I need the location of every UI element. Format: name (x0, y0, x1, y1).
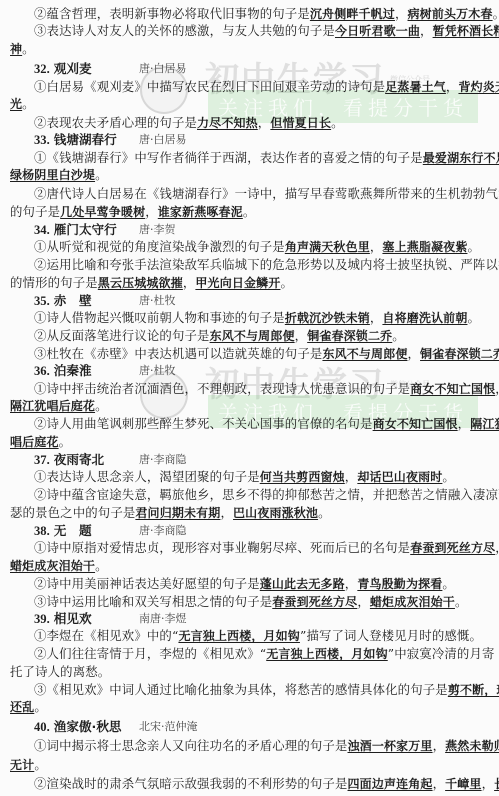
punct: 。 (392, 328, 405, 343)
answer-text: 何当共剪西窗烛 (260, 470, 345, 484)
answer-text: 千嶂里 (445, 777, 481, 791)
answer-text: 铜雀春深锁二乔 (420, 347, 499, 361)
prompt-text: 瑟的景色之中的句子是 (10, 505, 135, 520)
poem-author: 唐·杜牧 (139, 362, 176, 379)
prompt-text: ②表现农夫矛盾心理的句子是 (34, 115, 197, 130)
text-line: ①李煜在《相见欢》中的“无言独上西楼，月如钩”描写了词人登楼见月时的感慨。 (34, 627, 490, 645)
text-line: ②运用比喻和夸张手法渲染敌军兵临城下的危急形势以及城内将士披坚执锐、严阵以待 (34, 256, 490, 273)
poem-title: 雁门太守行 (54, 222, 117, 237)
answer-text: 最爱湖东行不足 (423, 151, 499, 165)
punct: 。 (59, 434, 72, 449)
prompt-text: ①诗中抨击统治者沉湎酒色，不理朝政，表现诗人忧患意识的句子是 (34, 381, 410, 396)
punct: 。 (467, 310, 480, 325)
answer-text: 背灼炎天 (458, 80, 499, 94)
prompt-text: ， (433, 776, 446, 791)
text-line: ①词中揭示将士思念亲人又向往功名的矛盾心理的句子是浊酒一杯家万里，燕然未勒归 (34, 737, 490, 755)
section-heading-34: 34.雁门太守行唐·李贺 (34, 221, 117, 239)
poem-title: 相见欢 (54, 611, 92, 626)
text-line: 蜡炬成灰泪始干。 (10, 557, 490, 575)
text-line: 光。 (10, 95, 490, 113)
prompt-text: ①表达诗人思念亲人，渴望团聚的句子是 (34, 469, 260, 484)
answer-text: 病树前头万木春 (408, 7, 493, 21)
prompt-text: ③表达诗人对友人的关怀的感激，与友人共勉的句子是 (34, 23, 335, 38)
text-line: ③诗中运用比喻和双关写相思之情的句子是春蚕到死丝方尽，蜡炬成灰泪始干。 (34, 593, 490, 611)
text-line: 绿杨阴里白沙堤。 (10, 166, 490, 184)
poem-title: 赤 壁 (54, 293, 92, 308)
answer-text: 君问归期未有期 (135, 506, 220, 520)
punct: ， (220, 505, 233, 520)
answer-text: 商女不知亡国恨 (373, 417, 458, 431)
prompt-text: ②诗人用曲笔讽刺那些醉生梦死、不关心国事的官僚的名句是 (34, 416, 373, 431)
punct: 。 (22, 96, 35, 111)
answer-text: 黑云压城城欲摧 (98, 276, 183, 290)
prompt-text: ”描写了词人登楼见月时的感慨。 (300, 628, 482, 643)
answer-text: 神 (10, 42, 22, 56)
punct: 。 (280, 275, 293, 290)
answer-text: 剪不断，理 (448, 683, 499, 697)
text-line: 还乱。 (10, 698, 490, 716)
prompt-text: ③《相见欢》中词人通过比喻化抽象为具体，将愁苦的感情具体化的句子是 (34, 682, 448, 697)
answer-text: 但惜夏日长 (270, 116, 331, 130)
answer-text: 无言独上西楼，月如钩 (178, 629, 300, 643)
prompt-text: ②人们往往寄情于月，李煜的《相见欢》“ (34, 646, 266, 661)
poem-author: 唐·杜牧 (139, 292, 176, 309)
text-line: ②渲染战时的肃杀气氛暗示敌强我弱的不利形势的句子是四面边声连角起，千嶂里，长 (34, 775, 490, 793)
prompt-text: ③杜牧在《赤壁》中表达机遇可以造就英雄的句子是 (34, 346, 322, 361)
answer-text: 东风不与周郎便 (210, 329, 295, 343)
punct: 。 (467, 239, 480, 254)
answer-text: 无计 (10, 758, 34, 772)
answer-text: 铜雀春深锁二乔 (307, 329, 392, 343)
prompt-text: ②蕴含哲理，表明新事物必将取代旧事物的句子是 (34, 6, 310, 21)
poem-title: 泊秦淮 (54, 363, 92, 378)
section-heading-33: 33.钱塘湖春行唐·白居易 (34, 131, 117, 149)
answer-text: 唱后庭花 (10, 435, 59, 449)
answer-text: 折戟沉沙铁未销 (285, 311, 370, 325)
poem-author: 唐·白居易 (139, 131, 187, 148)
text-line: 瑟的景色之中的句子是君问归期未有期，巴山夜雨涨秋池。 (10, 504, 490, 522)
prompt-text: ”中寂寞冷清的月寄 (388, 646, 495, 661)
prompt-text: ， (482, 776, 495, 791)
section-number: 40. (34, 720, 50, 734)
section-number: 32. (34, 62, 50, 76)
punct: ， (357, 594, 370, 609)
section-heading-37: 37.夜雨寄北唐·李商隐 (34, 451, 104, 469)
punct: 。 (442, 469, 455, 484)
prompt-text: ②诗中用美丽神话表达美好愿望的句子是 (34, 576, 260, 591)
poem-title: 夜雨寄北 (54, 452, 104, 467)
text-line: ②诗中用美丽神话表达美好愿望的句子是蓬山此去无多路，青鸟殷勤为探看。 (34, 575, 490, 593)
prompt-text: ①《钱塘湖春行》中写作者徜徉于西湖，表达作者的喜爱之情的句子是 (34, 150, 423, 165)
section-number: 34. (34, 223, 50, 237)
punct: 。 (442, 576, 455, 591)
punct: 。 (95, 558, 108, 573)
punct: ， (183, 275, 196, 290)
punct: ， (458, 416, 471, 431)
prompt-text: ②从反面落笔进行议论的句子是 (34, 328, 210, 343)
text-line: ①诗人借物起兴慨叹前朝人物和事迹的句子是折戟沉沙铁未销，自将磨洗认前朝。 (34, 309, 490, 327)
prompt-text: ③诗中运用比喻和双关写相思之情的句子是 (34, 594, 272, 609)
section-number: 35. (34, 294, 50, 308)
poem-title: 无 题 (54, 523, 92, 538)
text-line: ②诗人用曲笔讽刺那些醉生梦死、不关心国事的官僚的名句是商女不知亡国恨，隔江犹 (34, 415, 490, 433)
answer-text: 蜡炬成灰泪始干 (10, 559, 95, 573)
text-line: 隔江犹唱后庭花。 (10, 397, 490, 415)
punct: 。 (34, 699, 47, 714)
prompt-text: ①白居易《观刈麦》中描写农民在烈日下田间艰辛劳动的诗句是 (34, 79, 385, 94)
punct: ， (345, 469, 358, 484)
answer-text: 足蒸暑土气 (385, 80, 446, 94)
text-line: 神。 (10, 40, 490, 58)
punct: 。 (493, 6, 499, 21)
section-heading-36: 36.泊秦淮唐·杜牧 (34, 362, 92, 380)
prompt-text: ①诗中原指对爱情忠贞，现形容对事业鞠躬尽瘁、死而后已的名句是 (34, 540, 410, 555)
text-line: ②从反面落笔进行议论的句子是东风不与周郎便，铜雀春深锁二乔。 (34, 327, 490, 345)
punct: ， (408, 346, 421, 361)
answer-text: 沉舟侧畔千帆过 (310, 7, 395, 21)
answer-text: 谁家新燕啄春泥 (158, 205, 243, 219)
text-line: ①诗中原指对爱情忠贞，现形容对事业鞠躬尽瘁、死而后已的名句是春蚕到死丝方尽， (34, 539, 490, 557)
punct: ， (295, 328, 308, 343)
text-line: ①白居易《观刈麦》中描写农民在烈日下田间艰辛劳动的诗句是足蒸暑土气，背灼炎天 (34, 78, 490, 96)
answer-text: 春蚕到死丝方尽 (272, 595, 357, 609)
answer-text: 四面边声连角起 (348, 777, 433, 791)
text-line: ①诗中抨击统治者沉湎酒色，不理朝政，表现诗人忧患意识的句子是商女不知亡国恨， (34, 380, 490, 398)
answer-text: 巴山夜雨涨秋池 (233, 506, 318, 520)
answer-text: 角声满天秋色里 (285, 240, 370, 254)
answer-text: 无言独上西楼，月如钩 (266, 647, 388, 661)
text-line: ②蕴含哲理，表明新事物必将取代旧事物的句子是沉舟侧畔千帆过，病树前头万木春。 (34, 5, 490, 23)
text-line: ③杜牧在《赤壁》中表达机遇可以造就英雄的句子是东风不与周郎便，铜雀春深锁二乔。 (34, 345, 490, 363)
prompt-text: 托了诗人的离愁。 (10, 664, 110, 679)
answer-text: 浊酒一杯家万里 (348, 739, 433, 753)
text-line: ②表现农夫矛盾心理的句子是力尽不知热，但惜夏日长。 (34, 114, 490, 132)
text-line: 托了诗人的离愁。 (10, 663, 490, 680)
poem-title: 观刈麦 (54, 61, 92, 76)
text-line: ①从听觉和视觉的角度渲染战争激烈的句子是角声满天秋色里，塞上燕脂凝夜紫。 (34, 238, 490, 256)
poem-author: 唐·李商隐 (139, 451, 187, 468)
prompt-text: ①从听觉和视觉的角度渲染战争激烈的句子是 (34, 239, 285, 254)
answer-text: 还乱 (10, 700, 34, 714)
prompt-text: ②运用比喻和夸张手法渲染敌军兵临城下的危急形势以及城内将士披坚执锐、严阵以待 (34, 257, 499, 272)
poem-author: 唐·白居易 (139, 60, 187, 77)
text-line: 无计。 (10, 756, 490, 774)
text-line: ②诗中蕴含宦途失意，羁旅他乡，思乡不得的抑郁愁苦之情，并把愁苦之情融入凄凉萧 (34, 486, 490, 503)
section-heading-38: 38.无 题唐·李商隐 (34, 522, 92, 540)
answer-text: 隔江犹唱后庭花 (10, 399, 95, 413)
text-line: ①表达诗人思念亲人，渴望团聚的句子是何当共剪西窗烛，却话巴山夜雨时。 (34, 468, 490, 486)
prompt-text: ①词中揭示将士思念亲人又向往功名的矛盾心理的句子是 (34, 738, 348, 753)
poem-title: 钱塘湖春行 (54, 132, 117, 147)
text-line: ②唐代诗人白居易在《钱塘湖春行》一诗中，描写早春莺歌燕舞所带来的生机勃勃气象 (34, 185, 490, 202)
punct: ， (495, 540, 499, 555)
poem-author: 南唐·李煜 (139, 610, 187, 627)
section-number: 36. (34, 364, 50, 378)
prompt-text: 的句子是 (10, 204, 60, 219)
answer-text: 几处早莺争暖树 (60, 205, 145, 219)
prompt-text: ②诗中蕴含宦途失意，羁旅他乡，思乡不得的抑郁愁苦之情，并把愁苦之情融入凄凉萧 (34, 487, 499, 502)
answer-text: 长 (494, 777, 499, 791)
section-number: 38. (34, 524, 50, 538)
answer-text: 力尽不知热 (197, 116, 258, 130)
punct: 。 (243, 204, 256, 219)
prompt-text: ②渲染战时的肃杀气氛暗示敌强我弱的不利形势的句子是 (34, 776, 348, 791)
text-line: ①《钱塘湖春行》中写作者徜徉于西湖，表达作者的喜爱之情的句子是最爱湖东行不足， (34, 149, 490, 167)
answer-text: 春蚕到死丝方尽 (410, 541, 495, 555)
text-line: 的句子是几处早莺争暖树，谁家新燕啄春泥。 (10, 203, 490, 221)
answer-text: 塞上燕脂凝夜紫 (382, 240, 467, 254)
punct: ， (420, 23, 433, 38)
punct: 。 (22, 41, 35, 56)
punct: ， (258, 115, 271, 130)
answer-text: 隔江犹 (470, 417, 499, 431)
text-line: 唱后庭花。 (10, 433, 490, 451)
punct: ， (345, 576, 358, 591)
poem-title: 渔家傲·秋思 (54, 719, 122, 734)
section-heading-40: 40.渔家傲·秋思北宋·范仲淹 (34, 718, 122, 736)
prompt-text: 的情形的句子是 (10, 275, 98, 290)
section-heading-32: 32.观刈麦唐·白居易 (34, 60, 92, 78)
answer-text: 甲光向日金鳞开 (195, 276, 280, 290)
answer-text: 今日听君歌一曲 (335, 24, 420, 38)
punct: 。 (331, 115, 344, 130)
answer-text: 东风不与周郎便 (322, 347, 407, 361)
punct: ， (495, 381, 499, 396)
answer-text: 蓬山此去无多路 (260, 577, 345, 591)
section-number: 39. (34, 612, 50, 626)
section-number: 33. (34, 133, 50, 147)
prompt-text: ①诗人借物起兴慨叹前朝人物和事迹的句子是 (34, 310, 285, 325)
punct: 。 (455, 594, 468, 609)
section-heading-39: 39.相见欢南唐·李煜 (34, 610, 92, 628)
answer-text: 光 (10, 97, 22, 111)
answer-text: 自将磨洗认前朝 (382, 311, 467, 325)
answer-text: 却话巴山夜雨时 (357, 470, 442, 484)
section-heading-35: 35.赤 壁唐·杜牧 (34, 292, 92, 310)
prompt-text: ①李煜在《相见欢》中的“ (34, 628, 178, 643)
punct: 。 (318, 505, 331, 520)
punct: ， (395, 6, 408, 21)
poem-author: 唐·李贺 (139, 221, 176, 238)
answer-text: 暂凭杯酒长精 (433, 24, 499, 38)
text-line: ②人们往往寄情于月，李煜的《相见欢》“无言独上西楼，月如钩”中寂寞冷清的月寄 (34, 645, 490, 663)
punct: ， (370, 239, 383, 254)
prompt-text: 。 (34, 757, 47, 772)
text-line: ③《相见欢》中词人通过比喻化抽象为具体，将愁苦的感情具体化的句子是剪不断，理 (34, 681, 490, 699)
punct: 。 (95, 398, 108, 413)
text-line: 的情形的句子是黑云压城城欲摧，甲光向日金鳞开。 (10, 274, 490, 292)
section-number: 37. (34, 453, 50, 467)
answer-text: 绿杨阴里白沙堤 (10, 168, 95, 182)
punct: ， (370, 310, 383, 325)
punct: 。 (95, 167, 108, 182)
answer-text: 青鸟殷勤为探看 (357, 577, 442, 591)
poem-author: 北宋·范仲淹 (139, 718, 198, 735)
poem-author: 唐·李商隐 (139, 522, 187, 539)
answer-text: 商女不知亡国恨 (410, 382, 495, 396)
answer-text: 蜡炬成灰泪始干 (370, 595, 455, 609)
punct: ， (145, 204, 158, 219)
text-line: ③表达诗人对友人的关怀的感激，与友人共勉的句子是今日听君歌一曲，暂凭杯酒长精 (34, 22, 490, 40)
prompt-text: ②唐代诗人白居易在《钱塘湖春行》一诗中，描写早春莺歌燕舞所带来的生机勃勃气象 (34, 186, 499, 201)
punct: ， (446, 79, 459, 94)
prompt-text: ， (433, 738, 446, 753)
answer-text: 燕然未勒归 (445, 739, 499, 753)
